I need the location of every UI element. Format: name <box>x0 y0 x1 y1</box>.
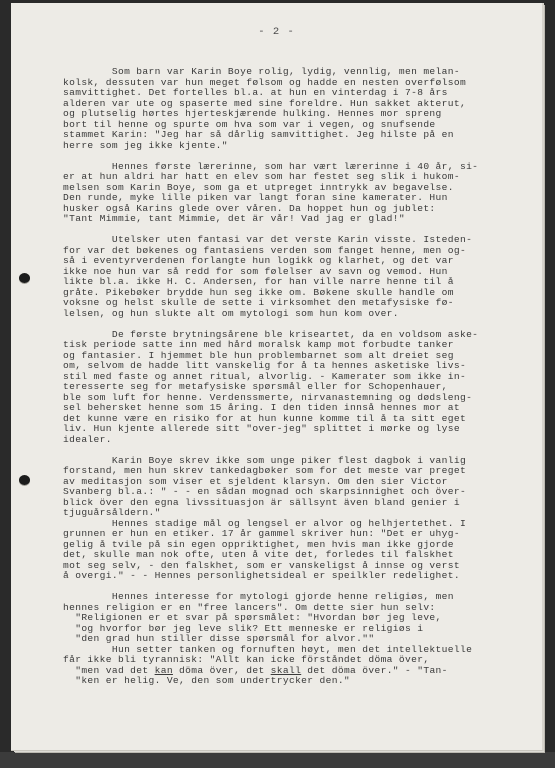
punch-hole-icon <box>19 273 30 283</box>
text-line: herre som jeg ikke kjente." <box>63 141 523 152</box>
paragraph: Utelsker uten fantasi var det verste Kar… <box>63 235 523 319</box>
text-line: teresserte seg for metafysiske spørsmål … <box>63 382 523 393</box>
text-line: forstand, men hun skrev tankedagbøker so… <box>63 466 523 477</box>
underlined-word: skall <box>271 665 302 676</box>
text-line: å overgi." - - Hennes personlighetsideal… <box>63 571 523 582</box>
text-line: Som barn var Karin Boye rolig, lydig, ve… <box>63 67 523 78</box>
typewritten-page: - 2 - Som barn var Karin Boye rolig, lyd… <box>11 3 544 751</box>
text-line: "ken er helig. Ve, den som undertrycker … <box>63 676 523 687</box>
underlined-word: kan <box>155 665 173 676</box>
text-line: Utelsker uten fantasi var det verste Kar… <box>63 235 523 246</box>
paragraph: Hennes interesse for mytologi gjorde hen… <box>63 592 523 687</box>
text-line: "Tant Mimmie, tant Mimmie, det är vår! V… <box>63 214 523 225</box>
text-line: så i eventyrverdenen forlangte hun logik… <box>63 256 523 267</box>
text-line: voksne og helst skulle de sette i virkso… <box>63 298 523 309</box>
text-line: "den grad hun stiller disse spørsmål for… <box>63 634 523 645</box>
punch-hole-icon <box>19 475 30 485</box>
text-line: tjuguårsåldern." <box>63 508 523 519</box>
paragraph-gap <box>63 151 523 162</box>
page-number: - 2 - <box>11 26 542 38</box>
paragraph: De første brytningsårene ble kriseartet,… <box>63 330 523 446</box>
text-line: grunnen er hun en etiker. 17 år gammel s… <box>63 529 523 540</box>
paragraph: Som barn var Karin Boye rolig, lydig, ve… <box>63 67 523 151</box>
paragraph: Hennes første lærerinne, som har vært læ… <box>63 162 523 225</box>
paragraph-gap <box>63 319 523 330</box>
text-line: likte bl.a. ikke H. C. Andersen, for han… <box>63 277 523 288</box>
text-line: liv. Hun kjente allerede sitt "over-jeg"… <box>63 424 523 435</box>
text-line: det, skulle man nok ofte, uten å vite de… <box>63 550 523 561</box>
text-line: "Religionen er et svar på spørsmålet: "H… <box>63 613 523 624</box>
text-line: samvittighet. Det fortelles bl.a. at hun… <box>63 88 523 99</box>
text-line: Den runde, myke lille piken var langt fo… <box>63 193 523 204</box>
text-line: og plutselig hørtes hjerteskjærende hulk… <box>63 109 523 120</box>
text-line: Hennes interesse for mytologi gjorde hen… <box>63 592 523 603</box>
scanner-backdrop <box>0 752 555 768</box>
text-line: lelsen, og hun slukte alt om mytologi so… <box>63 309 523 320</box>
text-line: tisk periode satte inn med hård moralsk … <box>63 340 523 351</box>
document-body: Som barn var Karin Boye rolig, lydig, ve… <box>63 67 523 687</box>
text-line: idealer. <box>63 435 523 446</box>
text-line: Svanberg bl.a.: " - - en sådan mognad oc… <box>63 487 523 498</box>
text-line: om, selvom de hadde litt vanskelig for å… <box>63 361 523 372</box>
paragraph: Karin Boye skrev ikke som unge piker fle… <box>63 456 523 519</box>
paragraph: Hennes stadige mål og lengsel er alvor o… <box>63 519 523 582</box>
text-line: stammet Karin: "Jeg har så dårlig samvit… <box>63 130 523 141</box>
text-line: sel behersket henne som 15 åring. I den … <box>63 403 523 414</box>
text-line: er at hun aldri har hatt en elev som har… <box>63 172 523 183</box>
paragraph-gap <box>63 445 523 456</box>
